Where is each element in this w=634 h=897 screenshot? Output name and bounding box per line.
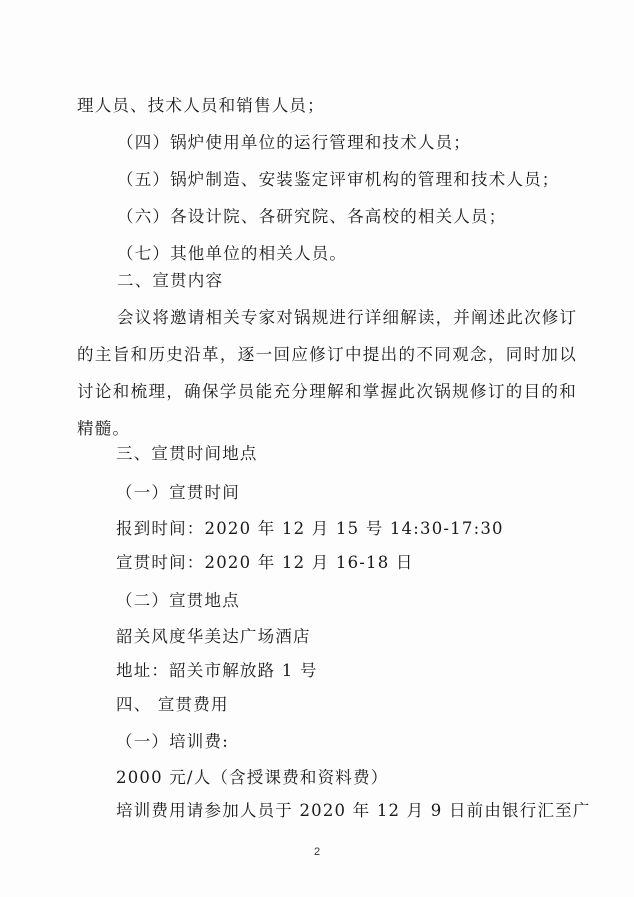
training-time: 宣贯时间：2020 年 12 月 16-18 日 xyxy=(116,552,414,574)
venue-address: 地址：韶关市解放路 1 号 xyxy=(116,660,318,682)
subheading-location: （二）宣贯地点 xyxy=(116,590,240,612)
list-item-4: （四）锅炉使用单位的运行管理和技术人员； xyxy=(117,132,471,154)
paragraph-line: 讨论和梳理，确保学员能充分理解和掌握此次锅规修订的目的和 xyxy=(77,381,577,403)
list-item-6: （六）各设计院、各研究院、各高校的相关人员； xyxy=(117,206,506,228)
section-heading-2: 二、宣贯内容 xyxy=(117,270,223,292)
paragraph-line: 精髓。 xyxy=(77,418,130,440)
subheading-time: （一）宣贯时间 xyxy=(116,482,240,504)
subheading-fee: （一）培训费: xyxy=(116,731,229,753)
payment-instruction: 培训费用请参加人员于 2020 年 12 月 9 日前由银行汇至广 xyxy=(116,800,591,822)
page-number: 2 xyxy=(0,846,634,858)
paragraph-line: 会议将邀请相关专家对锅规进行详细解读，并阐述此次修订 xyxy=(117,307,577,329)
paragraph-line: 的主旨和历史沿革，逐一回应修订中提出的不同观念，同时加以 xyxy=(77,344,577,366)
fee-amount: 2000 元/人（含授课费和资料费） xyxy=(116,767,388,789)
list-item-7: （七）其他单位的相关人员。 xyxy=(117,243,347,265)
text-line: 理人员、技术人员和销售人员； xyxy=(77,95,325,117)
list-item-5: （五）锅炉制造、安装鉴定评审机构的管理和技术人员； xyxy=(117,169,560,191)
section-heading-3: 三、宣贯时间地点 xyxy=(116,443,258,465)
venue-name: 韶关风度华美达广场酒店 xyxy=(116,626,311,648)
document-page: 理人员、技术人员和销售人员； （四）锅炉使用单位的运行管理和技术人员； （五）锅… xyxy=(0,0,634,897)
checkin-time: 报到时间：2020 年 12 月 15 号 14:30-17:30 xyxy=(116,518,504,540)
section-heading-4: 四、 宣贯费用 xyxy=(116,694,229,716)
